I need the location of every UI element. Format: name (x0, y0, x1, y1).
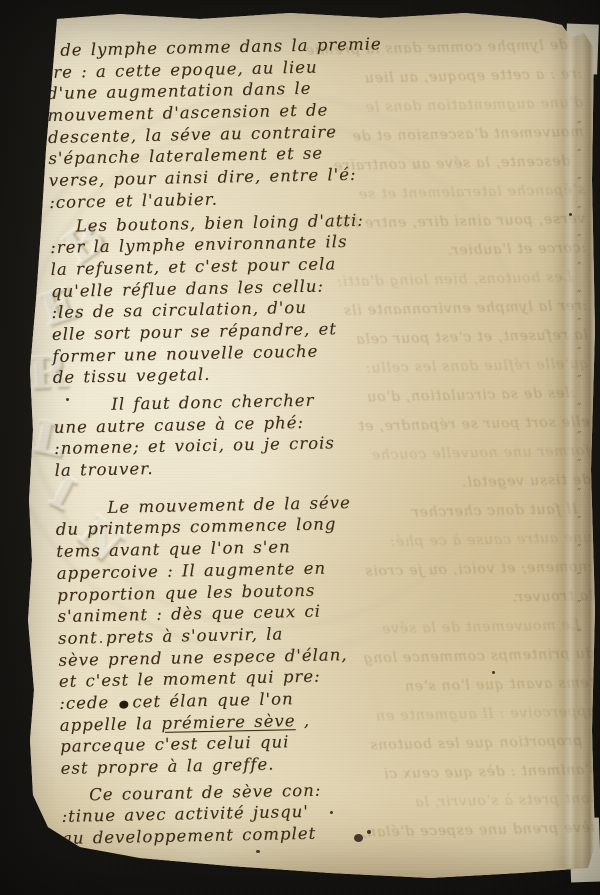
ink-speck (492, 671, 495, 674)
manuscript-page: BERLIN de lymphe comme dans la premie:re… (0, 0, 600, 895)
paragraph: de lymphe comme dans la premie:re : a ce… (46, 33, 379, 213)
paragraph: Le mouvement de la sévedu printemps comm… (55, 491, 391, 780)
ink-speck (256, 850, 260, 853)
ink-speck (569, 213, 572, 216)
ink-speck (367, 830, 371, 834)
paragraph: Ce courant de sève con::tinue avec activ… (61, 778, 392, 850)
page-right-edge-shadow (582, 30, 596, 875)
underlined-phrase: prémiere sève (161, 711, 295, 733)
photo-background: BERLIN de lymphe comme dans la premie:re… (0, 0, 600, 895)
ink-speck (354, 834, 363, 842)
ink-blot (119, 700, 128, 708)
ink-speck (100, 641, 102, 643)
paragraph: Il faut donc chercherune autre cause à c… (53, 388, 385, 481)
ink-speck (66, 398, 69, 401)
paper-crease (552, 26, 582, 868)
ink-speck (330, 811, 333, 814)
paragraph: Les boutons, bien loing d'atti::rer la l… (50, 209, 383, 389)
recto-text: de lymphe comme dans la premie:re : a ce… (46, 33, 392, 849)
